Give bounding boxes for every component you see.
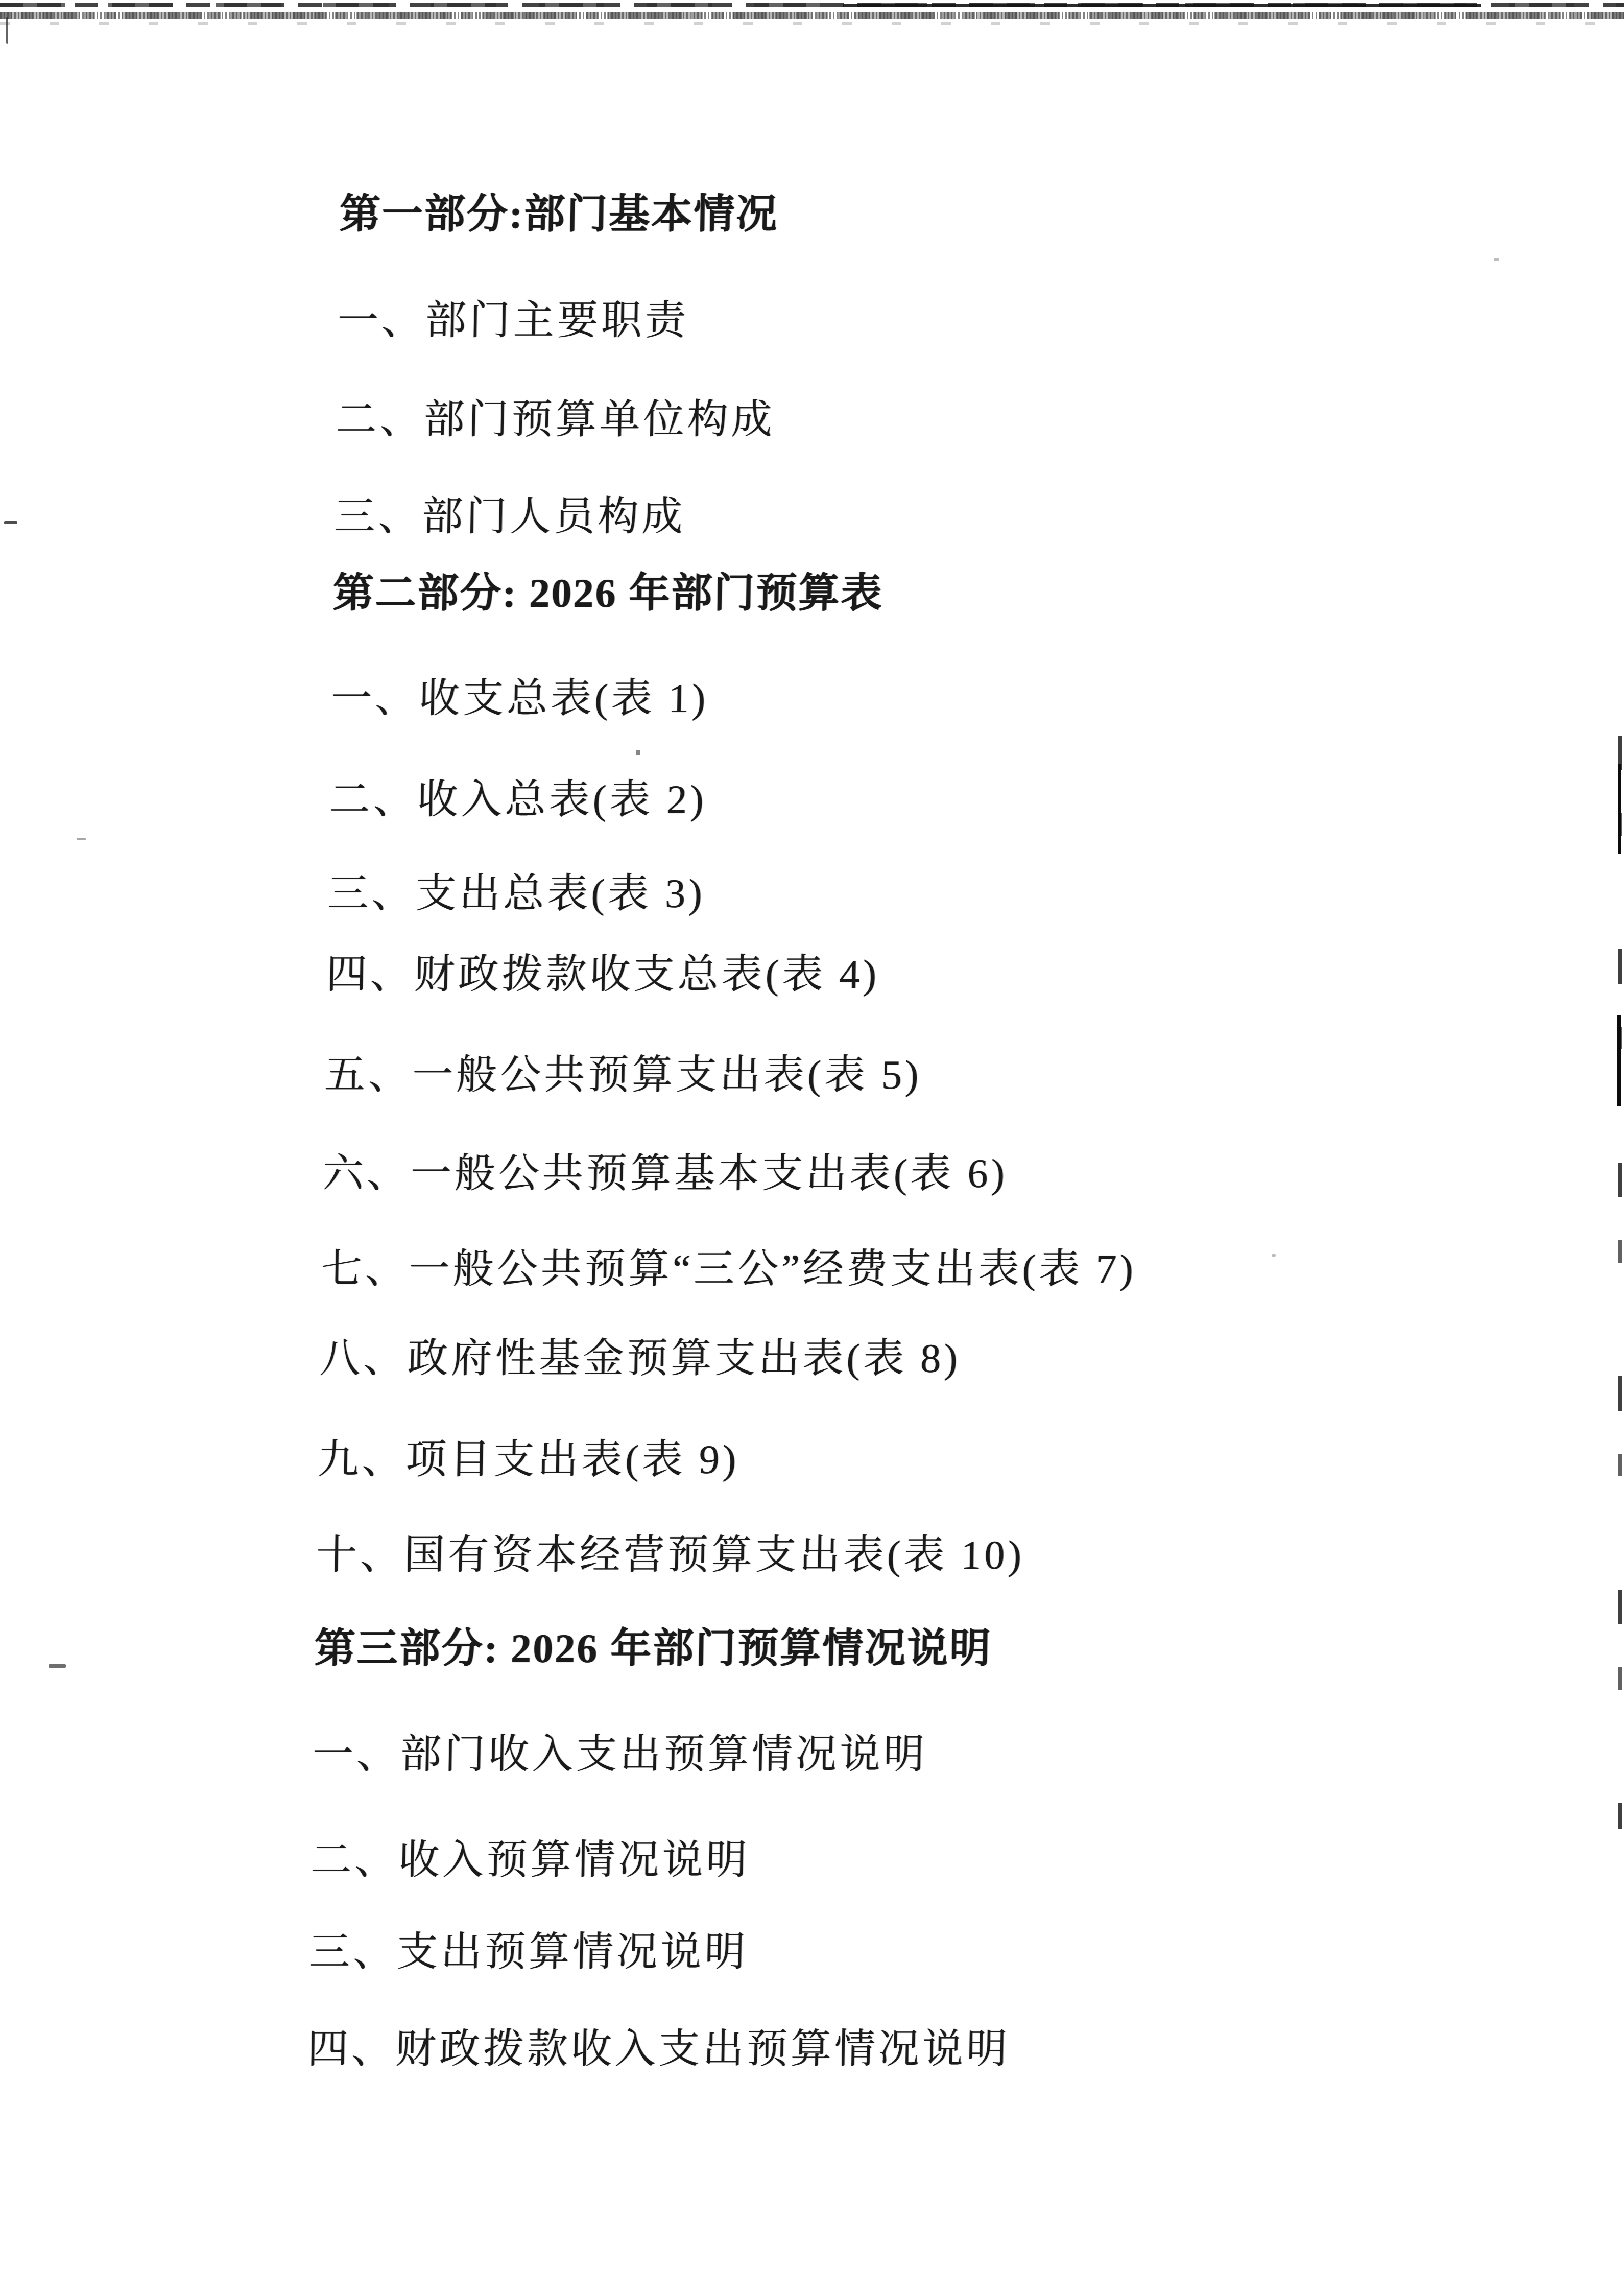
toc-part2-item-2: 二、收入总表(表 2) (329, 774, 707, 825)
toc-part2-item-8: 八、政府性基金预算支出表(表 8) (319, 1333, 961, 1384)
toc-part2-item-4: 四、财政拨款收支总表(表 4) (326, 949, 880, 1000)
toc-part1-item-3: 三、部门人员构成 (333, 491, 686, 542)
scanned-page: 第一部分:部门基本情况 一、部门主要职责 二、部门预算单位构成 三、部门人员构成… (0, 0, 1624, 2293)
toc-part2-item-5: 五、一般公共预算支出表(表 5) (324, 1050, 922, 1101)
scan-noise-right-edge (1618, 736, 1622, 1829)
scan-noise-right-bar (1617, 1015, 1621, 1106)
toc-part2-item-9: 九、项目支出表(表 9) (317, 1434, 739, 1485)
toc-part1-item-2: 二、部门预算单位构成 (336, 394, 776, 445)
toc-content: 第一部分:部门基本情况 一、部门主要职责 二、部门预算单位构成 三、部门人员构成… (0, 0, 1624, 2293)
toc-part3-item-3: 三、支出预算情况说明 (308, 1927, 749, 1978)
toc-part3-heading: 第三部分: 2026 年部门预算情况说明 (314, 1623, 992, 1674)
toc-part3-item-4: 四、财政拨款收入支出预算情况说明 (307, 2024, 1011, 2075)
toc-part2-item-10: 十、国有资本经营预算支出表(表 10) (316, 1530, 1025, 1581)
toc-part1-item-1: 一、部门主要职责 (337, 295, 689, 346)
toc-part2-item-1: 一、收支总表(表 1) (330, 673, 709, 724)
toc-part3-item-2: 二、收入预算情况说明 (311, 1835, 751, 1886)
toc-part2-item-3: 三、支出总表(表 3) (327, 868, 706, 919)
toc-part2-heading: 第二部分: 2026 年部门预算表 (332, 568, 883, 619)
scan-noise-right-bar (1618, 764, 1621, 854)
toc-part3-item-1: 一、部门收入支出预算情况说明 (312, 1729, 928, 1780)
toc-part2-item-7: 七、一般公共预算“三公”经费支出表(表 7) (321, 1244, 1137, 1295)
toc-part1-heading: 第一部分:部门基本情况 (339, 189, 779, 240)
toc-part2-item-6: 六、一般公共预算基本支出表(表 6) (322, 1148, 1008, 1199)
